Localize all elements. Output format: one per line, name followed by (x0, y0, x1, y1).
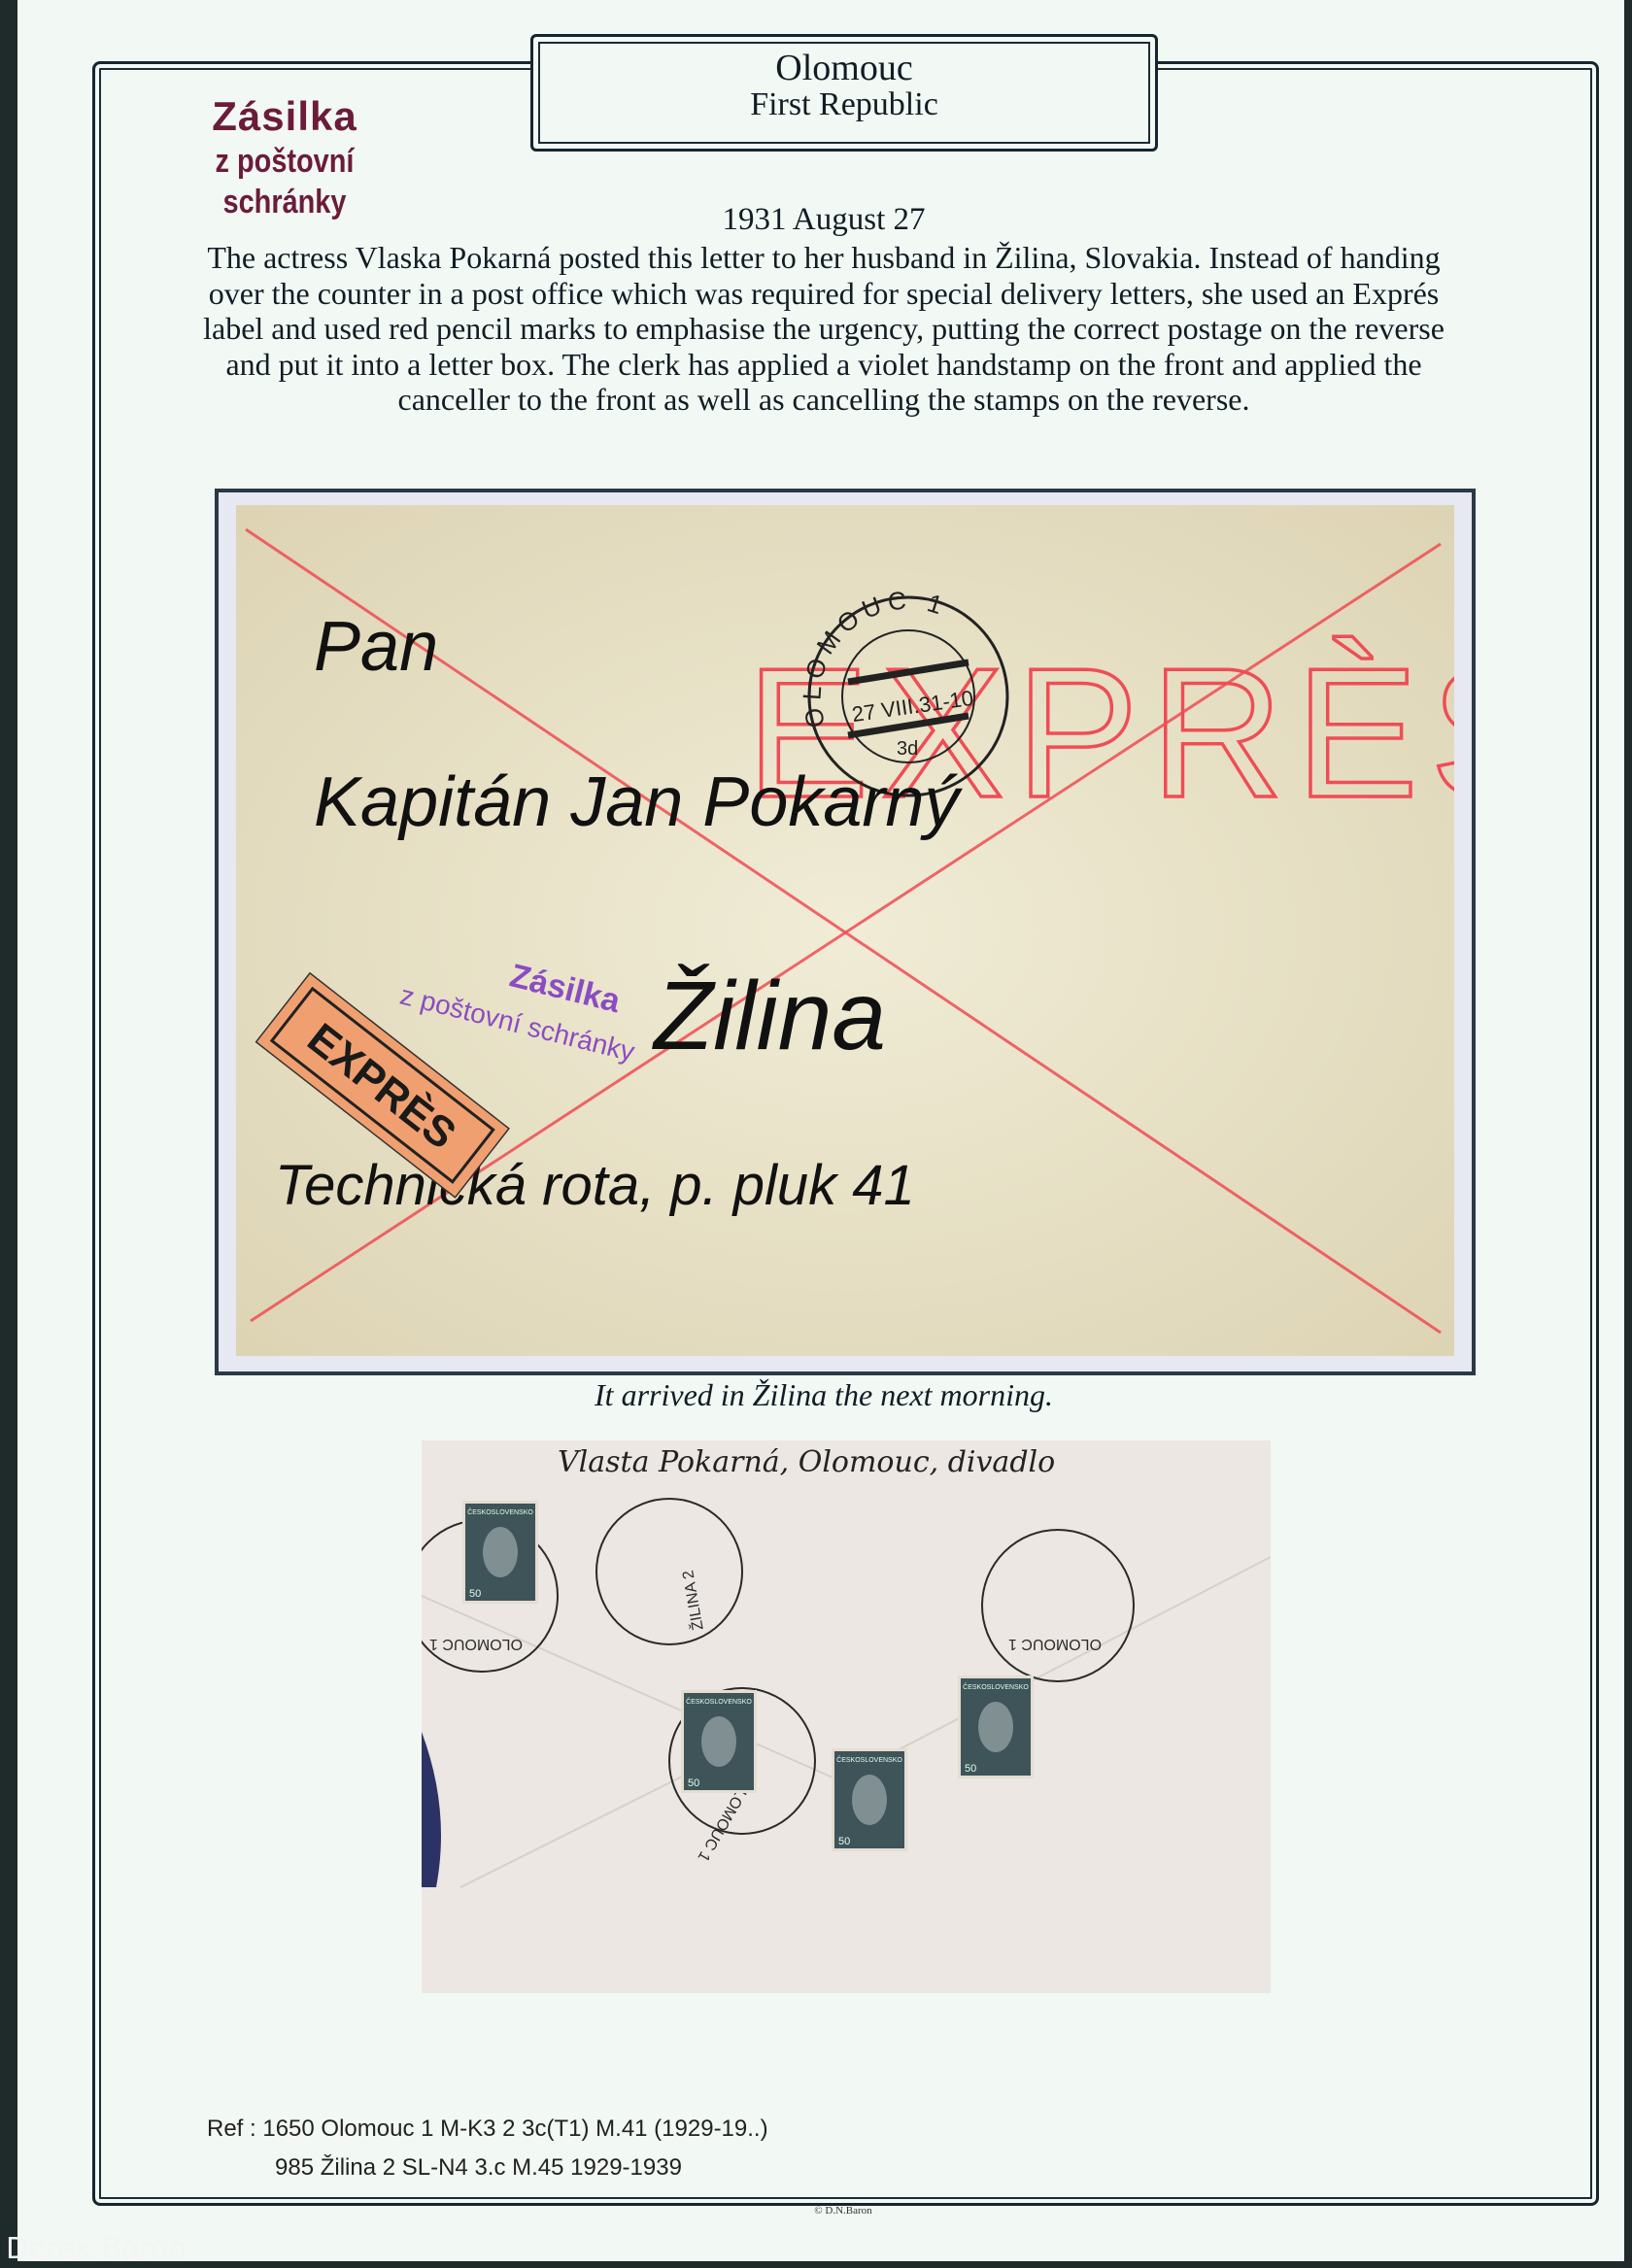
sender-note: Vlasta Pokarná, Olomouc, divadlo (558, 1445, 1055, 1479)
svg-text:50: 50 (469, 1588, 481, 1600)
title-box: Olomouc First Republic (530, 34, 1158, 152)
page-title: Olomouc (533, 49, 1155, 87)
address-line-1: Pan (314, 608, 438, 686)
handstamp-line1: Zásilka (129, 92, 440, 141)
postmark-code: 3d (897, 738, 918, 760)
stamp-1: ČESKOSLOVENSKO 50 (462, 1501, 538, 1604)
stamp-4: ČESKOSLOVENSKO 50 (958, 1676, 1034, 1778)
svg-text:ČESKOSLOVENSKO: ČESKOSLOVENSKO (963, 1682, 1029, 1691)
front-cover-frame: EXPRÈS OLOMOUC 1 27 VIII.31-10 3d Pan Ka… (215, 489, 1476, 1375)
front-cover: EXPRÈS OLOMOUC 1 27 VIII.31-10 3d Pan Ka… (236, 505, 1454, 1356)
watermark: Derek Baron (6, 2232, 187, 2266)
svg-text:ČESKOSLOVENSKO: ČESKOSLOVENSKO (686, 1697, 752, 1706)
album-page: Olomouc First Republic Zásilka z poštovn… (17, 0, 1624, 2261)
reference-line-1: Ref : 1650 Olomouc 1 M-K3 2 3c(T1) M.41 … (207, 2116, 768, 2143)
description-text: The actress Vlaska Pokarná posted this l… (192, 240, 1455, 418)
back-postmark-1: OLOMOUC 1 (429, 1636, 523, 1652)
address-line-3: Žilina (652, 962, 886, 1070)
svg-text:50: 50 (965, 1763, 976, 1775)
copyright: © D.N.Baron (775, 2205, 911, 2217)
page-subtitle: First Republic (533, 87, 1155, 122)
svg-text:50: 50 (838, 1836, 850, 1847)
back-cover: Vlasta Pokarná, Olomouc, divadlo OLOMOUC… (422, 1440, 1271, 1993)
back-cover-caption: It arrived in Žilina the next morning. (115, 1377, 1533, 1413)
address-line-2: Kapitán Jan Pokarný (314, 763, 963, 841)
address-line-4: Technická rota, p. pluk 41 (275, 1154, 915, 1217)
stamp-3: ČESKOSLOVENSKO 50 (832, 1748, 907, 1851)
svg-text:ČESKOSLOVENSKO: ČESKOSLOVENSKO (467, 1507, 533, 1516)
stamp-2: ČESKOSLOVENSKO 50 (681, 1690, 757, 1793)
cover-date: 1931 August 27 (115, 202, 1533, 238)
reference-line-2: 985 Žilina 2 SL-N4 3.c M.45 1929-1939 (275, 2154, 682, 2182)
svg-text:50: 50 (688, 1777, 699, 1789)
back-postmark-3: OLOMOUC 1 (1008, 1636, 1102, 1652)
svg-text:ČESKOSLOVENSKO: ČESKOSLOVENSKO (836, 1755, 902, 1764)
